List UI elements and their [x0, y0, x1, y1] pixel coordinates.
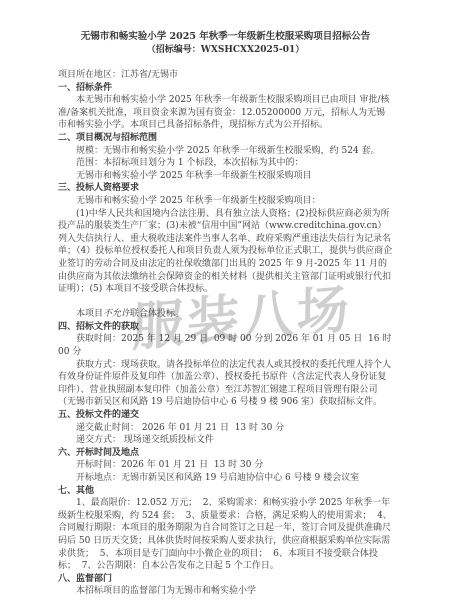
section-paragraph: 获取时间：2025 年 12 月 29 日 09 时 00 分到 2026 年 …	[58, 333, 393, 358]
document-page: 服装八场 无锡市和畅实验小学 2025 年秋季一年级新生校服采购项目招标公告 （…	[0, 0, 450, 600]
joint-bid-note: 本项目不允许联合体投标。	[58, 308, 393, 321]
joint-bid-note-suffix: 联合体投标。	[130, 309, 184, 319]
section-heading-bidder-qualifications: 三、投标人资格要求	[58, 182, 393, 195]
tender-number: （招标编号：WXSHCXX2025-01）	[58, 44, 393, 57]
section-paragraph: 1、最高限价：12.052 万元； 2、采购需求：和畅实验小学 2025 年秋季…	[58, 497, 393, 573]
section-paragraph: 开标地点：无锡市新吴区和风路 19 号启迪协信中心 6 号楼 9 楼会议室	[58, 472, 393, 485]
section-heading-tender-conditions: 一、招标条件	[58, 82, 393, 95]
section-paragraph: 获取方式：现场获取。请各投标单位的法定代表人或其授权的委托代理人持个人有效身份证…	[58, 359, 393, 409]
section-paragraph: 本无锡市和畅实验小学 2025 年秋季一年级新生校服采购项目已由项目 审批/核准…	[58, 94, 393, 132]
section-heading-bid-opening: 六、开标时间及地点	[58, 447, 393, 460]
section-paragraph: 规模：无锡市和畅实验小学 2025 年秋季一年级新生校服采购，约 524 套。	[58, 145, 393, 158]
section-heading-bid-submission: 五、投标文件的递交	[58, 409, 393, 422]
section-paragraph: 无锡市和畅实验小学 2025 年秋季一年级新生校服采购项目：	[58, 195, 393, 208]
section-heading-project-overview: 二、项目概况与招标范围	[58, 132, 393, 145]
joint-bid-note-emphasis: 不允许	[103, 309, 130, 319]
joint-bid-note-prefix: 本项目	[76, 309, 103, 319]
document-content: 无锡市和畅实验小学 2025 年秋季一年级新生校服采购项目招标公告 （招标编号：…	[0, 0, 450, 598]
section-paragraph: 无锡市和畅实验小学 2025 年秋季一年级新生校服采购项目	[58, 170, 393, 183]
section-heading-other: 七、其他	[58, 485, 393, 498]
region-line: 项目所在地区：江苏省/无锡市	[58, 69, 393, 82]
section-heading-supervision-department: 八、监督部门	[58, 573, 393, 586]
page-title: 无锡市和畅实验小学 2025 年秋季一年级新生校服采购项目招标公告	[58, 30, 393, 43]
section-paragraph: 开标时间：2026 年 01 月 21 日 13 时 30 分	[58, 459, 393, 472]
section-paragraph: 递交截止时间： 2026 年 01 月 21 日 13 时 30 分	[58, 422, 393, 435]
section-heading-document-acquisition: 四、招标文件的获取	[58, 321, 393, 334]
section-paragraph: 范围：本招标项目划分为 1 个标段，本次招标为其中的：	[58, 157, 393, 170]
section-paragraph: 本招标项目的监督部门为无锡市和畅实验小学	[58, 585, 393, 598]
section-paragraph: (1)中华人民共和国境内合法注册、具有独立法人资格；(2)投标供应商必须为所投产…	[58, 208, 393, 296]
section-paragraph: 递交方式： 现场递交纸质投标文件	[58, 434, 393, 447]
